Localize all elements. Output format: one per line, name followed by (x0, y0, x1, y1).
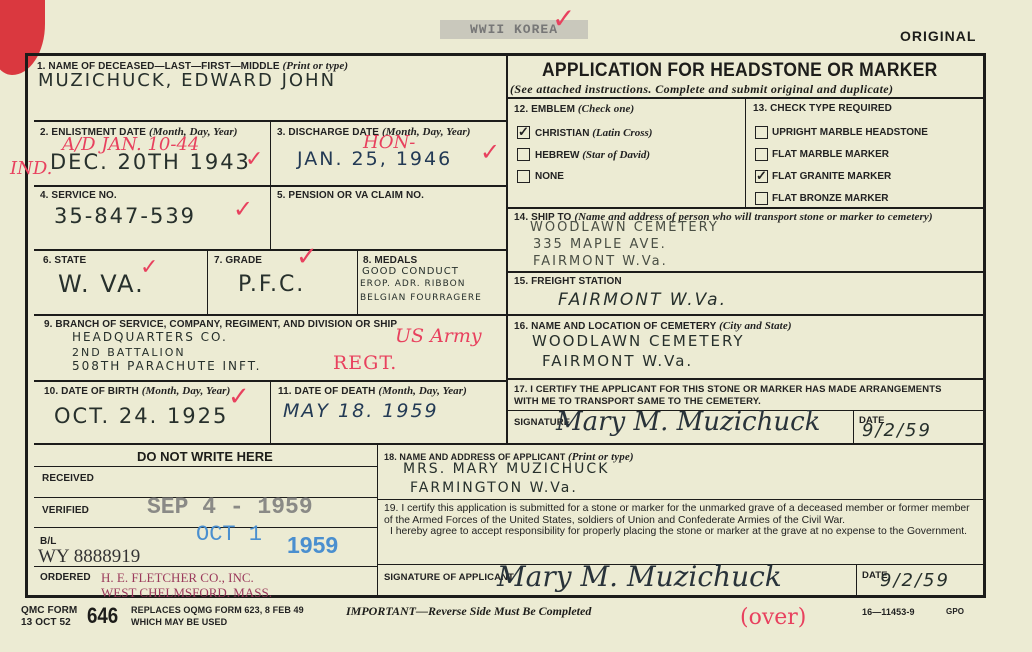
date-of-death-field[interactable]: MAY 18. 1959 (283, 400, 439, 422)
red-check: ✓ (296, 242, 318, 272)
state-field[interactable]: W. VA. (58, 270, 145, 298)
received-label: RECEIVED (42, 473, 94, 484)
enlistment-date-field[interactable]: DEC. 20TH 1943 (50, 150, 251, 174)
freight-station-label: 15. FREIGHT STATION (514, 276, 622, 287)
applicant-name-field-line[interactable]: MRS. MARY MUZICHUCK (403, 461, 609, 477)
ordered-label: ORDERED (40, 572, 91, 583)
certify-transport-label: WITH ME TO TRANSPORT SAME TO THE CEMETER… (514, 396, 761, 407)
flat-marble-marker-checkbox[interactable] (755, 148, 768, 161)
replaces-note: WHICH MAY BE USED (131, 617, 227, 627)
print-code: 16—11453-9 (862, 607, 915, 617)
received-date-stamp: SEP 4 - 1959 (147, 494, 313, 520)
service-no-label: 4. SERVICE NO. (40, 190, 117, 201)
ship-to-field-line[interactable]: 335 MAPLE AVE. (533, 237, 667, 252)
enlistment-annotation-ind: IND. (10, 158, 52, 179)
date-of-death-label: 11. DATE OF DEATH (Month, Day, Year) (278, 385, 467, 397)
red-check: ✓ (245, 147, 263, 172)
gpo-mark: GPO (946, 607, 964, 616)
check-type-label: 13. CHECK TYPE REQUIRED (753, 103, 892, 114)
date-of-birth-field[interactable]: OCT. 24. 1925 (54, 404, 228, 428)
branch-annotation-army: US Army (395, 325, 482, 347)
state-label: 6. STATE (43, 255, 86, 266)
red-check-top: ✓ (552, 2, 575, 35)
grade-label: 7. GRADE (214, 255, 262, 266)
transporter-signature-field[interactable]: Mary M. Muzichuck (556, 407, 820, 437)
type-option-label: UPRIGHT MARBLE HEADSTONE (772, 127, 928, 138)
medals-label: 8. MEDALS (363, 255, 417, 266)
type-option-label: FLAT BRONZE MARKER (772, 193, 888, 204)
agreement-paragraph: I hereby agree to accept responsibility … (384, 526, 976, 538)
transporter-date-field[interactable]: 9/2/59 (862, 420, 932, 441)
branch-field-line[interactable]: 508TH PARACHUTE INFT. (72, 359, 261, 373)
certification-paragraph: 19. I certify this application is submit… (384, 503, 976, 526)
verified-label: VERIFIED (42, 505, 89, 516)
emblem-option-label: NONE (535, 171, 564, 182)
applicant-name-field-line[interactable]: FARMINGTON W.Va. (410, 480, 578, 496)
vendor-stamp-line: H. E. FLETCHER CO., INC. (101, 570, 254, 586)
important-note: IMPORTANT—Reverse Side Must Be Completed (346, 604, 591, 619)
emblem-none-checkbox[interactable] (517, 170, 530, 183)
pension-claim-label: 5. PENSION OR VA CLAIM NO. (277, 190, 424, 201)
red-check: ✓ (233, 195, 253, 223)
grade-field[interactable]: P.F.C. (238, 272, 305, 297)
verified-date-stamp: OCT 1 (196, 522, 262, 547)
certification-text: 19. I certify this application is submit… (384, 503, 976, 538)
medals-field-line[interactable]: GOOD CONDUCT (362, 266, 459, 277)
applicant-signature-label: SIGNATURE OF APPLICANT (384, 572, 514, 583)
cemetery-label: 16. NAME AND LOCATION OF CEMETERY (City … (514, 320, 792, 332)
emblem-hebrew-checkbox[interactable] (517, 148, 530, 161)
branch-annotation-regt: REGT. (333, 352, 397, 374)
type-option-label: FLAT GRANITE MARKER (772, 171, 891, 182)
form-subtitle: (See attached instructions. Complete and… (510, 82, 893, 97)
bl-number: WY 8888919 (38, 546, 140, 568)
flat-bronze-marker-checkbox[interactable] (755, 192, 768, 205)
freight-station-field[interactable]: FAIRMONT W.Va. (558, 290, 727, 310)
over-annotation: (over) (740, 605, 806, 630)
medals-field-line[interactable]: EROP. ADR. RIBBON (360, 279, 465, 289)
form-number: 646 (87, 603, 118, 629)
date-of-birth-label: 10. DATE OF BIRTH (Month, Day, Year) (44, 385, 230, 397)
verified-year-stamp: 1959 (287, 532, 338, 559)
emblem-option-label: HEBREW (Star of David) (535, 149, 650, 161)
copy-label: ORIGINAL (900, 28, 976, 44)
upright-marble-headstone-checkbox[interactable] (755, 126, 768, 139)
medals-field-line[interactable]: BELGIAN FOURRAGERE (360, 293, 482, 303)
ship-to-field-line[interactable]: WOODLAWN CEMETERY (530, 220, 719, 235)
form-date-line: 13 OCT 52 (21, 617, 71, 628)
type-option-label: FLAT MARBLE MARKER (772, 149, 889, 160)
red-check: ✓ (140, 255, 158, 280)
form-title: APPLICATION FOR HEADSTONE OR MARKER (542, 60, 938, 82)
applicant-signature-field[interactable]: Mary M. Muzichuck (497, 560, 782, 593)
applicant-date-field[interactable]: 9/2/59 (880, 570, 950, 591)
certify-transport-label: 17. I CERTIFY THE APPLICANT FOR THIS STO… (514, 384, 942, 395)
form-id-line: QMC FORM (21, 605, 77, 616)
emblem-label: 12. EMBLEM (Check one) (514, 103, 634, 115)
red-check: ✓ (228, 382, 250, 412)
discharge-date-field[interactable]: JAN. 25, 1946 (297, 148, 452, 170)
replaces-note: REPLACES OQMG FORM 623, 8 FEB 49 (131, 605, 304, 615)
ship-to-field-line[interactable]: FAIRMONT W.Va. (533, 254, 668, 269)
vendor-stamp-line: WEST CHELMSFORD, MASS. (101, 585, 272, 597)
branch-of-service-label: 9. BRANCH OF SERVICE, COMPANY, REGIMENT,… (44, 319, 397, 330)
cemetery-field-line[interactable]: WOODLAWN CEMETERY (532, 332, 745, 350)
name-of-deceased-field[interactable]: MUZICHUCK, EDWARD JOHN (38, 70, 336, 91)
red-check: ✓ (480, 138, 500, 166)
branch-field-line[interactable]: HEADQUARTERS CO. (72, 330, 228, 344)
flat-granite-marker-checkbox[interactable] (755, 170, 768, 183)
emblem-christian-checkbox[interactable] (517, 126, 530, 139)
service-no-field[interactable]: 35-847-539 (54, 204, 196, 228)
emblem-option-label: CHRISTIAN (Latin Cross) (535, 127, 652, 139)
cemetery-field-line[interactable]: FAIRMONT W.Va. (542, 352, 693, 370)
branch-field-line[interactable]: 2ND BATTALION (72, 346, 186, 359)
do-not-write-title: DO NOT WRITE HERE (137, 449, 273, 464)
